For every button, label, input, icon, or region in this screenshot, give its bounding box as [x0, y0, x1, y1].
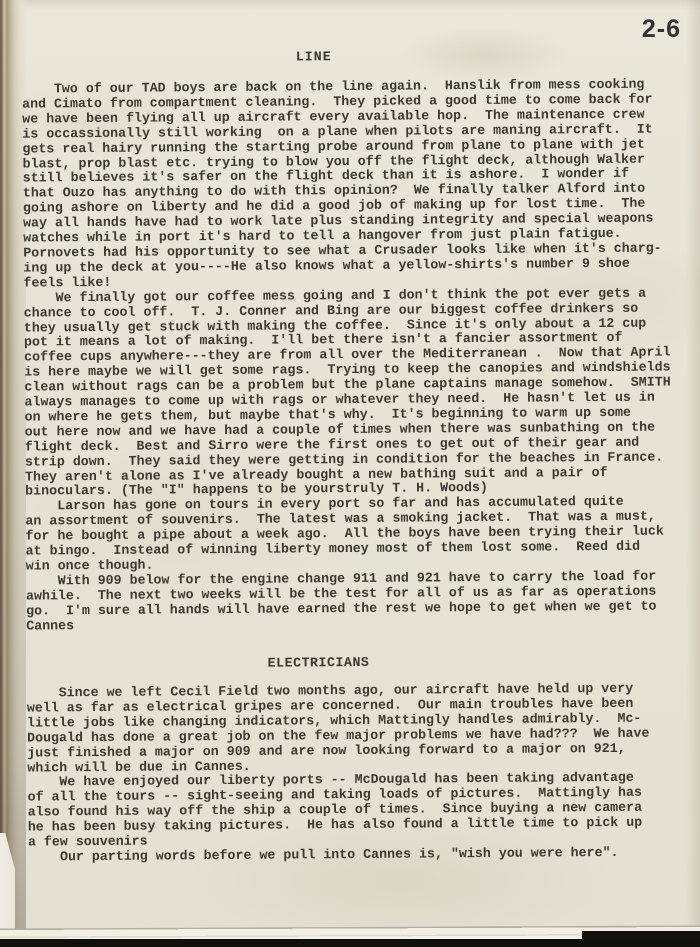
section-heading-line: LINE	[0, 46, 697, 66]
line-paragraph-3: Larson has gone on tours in every port s…	[25, 495, 693, 575]
line-paragraph-2: We finally got our coffee mess going and…	[24, 286, 693, 500]
section-line-body: Two of our TAD boys are back on the line…	[22, 77, 693, 634]
scan-bottom-band-right	[582, 931, 700, 940]
scan-bottom-band	[0, 939, 700, 947]
electricians-paragraph-1: Since we left Cecil Field two months ago…	[27, 681, 695, 776]
line-paragraph-4: With 909 below for the engine change 911…	[26, 569, 693, 634]
electricians-paragraph-2: We have enjoyed our liberty ports -- McD…	[27, 771, 695, 851]
section-heading-electricians: ELECTRICIANS	[1, 652, 700, 672]
line-paragraph-1: Two of our TAD boys are back on the line…	[22, 77, 691, 291]
scanned-page: 2-6 LINE Two of our TAD boys are back on…	[0, 0, 700, 947]
section-electricians-body: Since we left Cecil Field two months ago…	[27, 681, 695, 865]
electricians-paragraph-3: Our parting words before we pull into Ca…	[28, 845, 695, 865]
page-content: LINE Two of our TAD boys are back on the…	[0, 0, 700, 947]
